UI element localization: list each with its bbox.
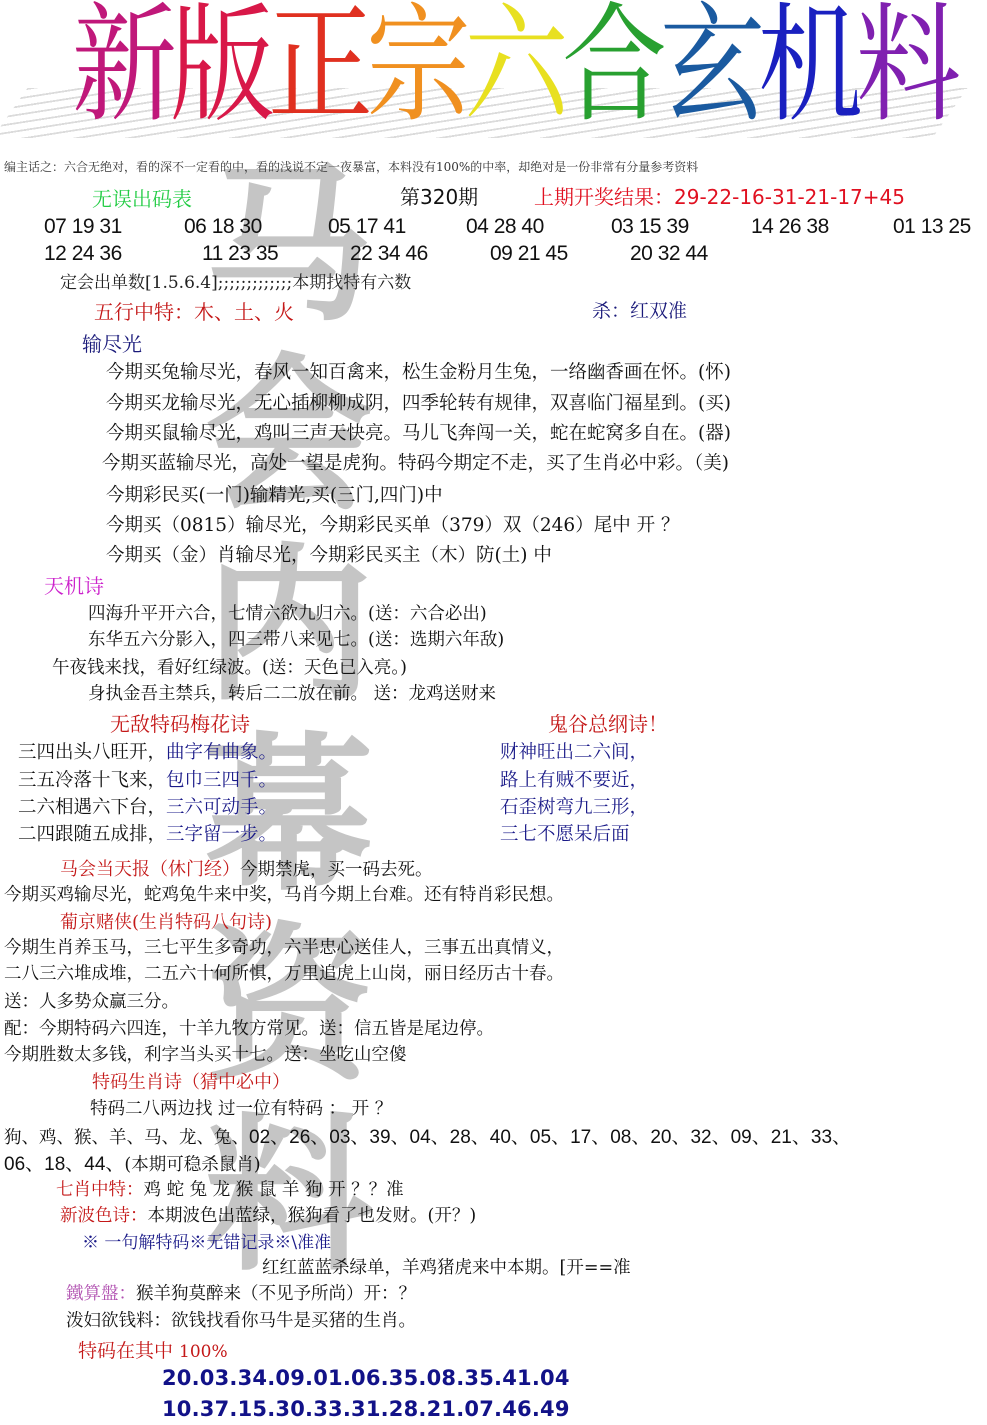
pujing-title: 葡京赌侠(生肖特码八句诗): [60, 908, 272, 934]
tianji-line: 四海升平开六合，七情六欲九归六。(送：六合必出): [88, 600, 487, 625]
lose-all-line: 今期彩民买(一门)输精光,买(三门,四门)中: [106, 481, 443, 507]
tianji-line: 身执金吾主禁兵，转后二二放在前。 送：龙鸡送财来: [88, 680, 496, 705]
pujing-line: 今期生肖养玉马，三七平生多奇功，六半忠心送佳人，三事五出真情义，: [4, 934, 564, 959]
title-char-1: 版: [170, 0, 275, 136]
wuxing-label: 五行中特：木、土、火: [94, 296, 294, 325]
mahui-line2: 今期买鸡输尽光，蛇鸡兔牛来中奖，马肖今期上台难。还有特肖彩民想。: [4, 881, 564, 906]
code-row1-6: 01 13 25: [893, 215, 971, 239]
code-row1-0: 07 19 31: [44, 215, 122, 239]
wave-poem-label: 新波色诗：: [60, 1206, 148, 1226]
code-row2-3: 09 21 45: [490, 242, 568, 266]
code-table-title: 无误出码表: [92, 183, 192, 212]
code-row2-4: 20 32 44: [630, 242, 708, 266]
lose-all-line: 今期买龙输尽光，无心插柳柳成阴，四季轮转有规律，双喜临门福星到。(买): [106, 389, 731, 415]
title-char-5: 合: [562, 0, 667, 136]
last-result-label: 上期开奖结果：: [534, 185, 674, 209]
guigu-poem-title: 鬼谷总纲诗！: [548, 708, 668, 737]
lose-all-line: 今期买（0815）输尽光，今期彩民买单（379）双（246）尾中 开 ？: [106, 511, 679, 537]
title-char-6: 玄: [660, 0, 765, 136]
tianji-line: 午夜钱来找，看好红绿波。(送：天色已入亮。): [52, 654, 407, 679]
title-banner: 新 版 正 宗 六 合 玄 机 料: [0, 0, 987, 150]
one-line-title: ※ 一句解特码※无错记录※\准准: [82, 1228, 331, 1253]
pujing-line: 配：今期特码六四连，十羊九牧方常见。送：信五皆是尾边停。: [4, 1015, 494, 1040]
guigu-poem-line: 路上有贼不要近，: [500, 766, 648, 792]
one-line-text: 红红蓝蓝杀绿单，羊鸡猪虎来中本期。[开==准: [262, 1254, 631, 1279]
plum-poem-line: 二六相遇六下台，三六可动手。: [18, 793, 277, 819]
wave-poem-line: 新波色诗：本期波色出蓝绿，猴狗看了也发财。(开？): [60, 1202, 476, 1227]
kill-label: 杀：红双准: [592, 296, 687, 323]
code-row2-2: 22 34 46: [350, 242, 428, 266]
pujing-line: 二八三六堆成堆，二五六十何所惧，万里追虎上山岗，丽日经历古十春。: [4, 960, 564, 985]
code-row2-1: 11 23 35: [202, 242, 278, 266]
shrew-line: 泼妇欲钱料：欲钱找看你马牛是买猪的生肖。: [66, 1307, 416, 1332]
code-row1-5: 14 26 38: [751, 215, 829, 239]
lose-all-title: 输尽光: [82, 328, 142, 357]
last-result: 上期开奖结果：29-22-16-31-21-17+45: [534, 181, 905, 210]
pujing-line: 送：人多势众赢三分。: [4, 988, 179, 1013]
plum-poem-title: 无敌特码梅花诗: [110, 708, 250, 737]
title-char-8: 料: [856, 0, 961, 136]
zodiac-numbers-line2: 06、18、44、(本期可稳杀鼠肖): [4, 1149, 261, 1176]
guigu-poem-line: 三七不愿呆后面: [500, 820, 630, 846]
last-result-numbers: 29-22-16-31-21-17+45: [674, 185, 905, 209]
code-row1-3: 04 28 40: [466, 215, 544, 239]
plum-poem-line: 三四出头八旺开，曲字有曲象。: [18, 738, 277, 764]
mahui-line: 马会当天报（休门经）今期禁虎，买一码去死。: [60, 855, 433, 881]
lose-all-line: 今期买兔输尽光，春风一知百禽来，松生金粉月生兔，一络幽香画在怀。(怀): [106, 358, 731, 384]
plum-poem-line: 三五冷落十飞来，包巾三四千。: [18, 766, 277, 792]
lose-all-line: 今期买鼠输尽光，鸡叫三声天快亮。马儿飞奔闯一关，蛇在蛇窝多自在。(器): [106, 419, 731, 445]
code-row1-2: 05 17 41: [328, 215, 406, 239]
odd-number-note: 定会出单数[1.5.6.4];;;;;;;;;;;;;本期找特有六数: [60, 268, 411, 293]
title-char-0: 新: [72, 0, 177, 136]
code-row1-1: 06 18 30: [184, 215, 262, 239]
code-row1-4: 03 15 39: [611, 215, 689, 239]
guigu-poem-line: 石歪树弯九三形，: [500, 793, 648, 819]
plum-poem-line: 二四跟随五成排，三字留一步。: [18, 820, 277, 846]
pujing-line: 今期胜数太多钱，利字当头买十七。送：坐吃山空傻: [4, 1041, 407, 1066]
final-numbers-row1: 20.03.34.09.01.06.35.08.35.41.04: [162, 1366, 570, 1390]
final-title: 特码在其中 100%: [78, 1336, 228, 1363]
mahui-title: 马会当天报（休门经）: [60, 859, 240, 880]
guigu-poem-line: 财神旺出二六间，: [500, 738, 648, 764]
issue-number: 第320期: [400, 181, 478, 210]
seven-zodiac-label: 七肖中特：: [56, 1180, 144, 1200]
lose-all-line: 今期买（金）肖输尽光，今期彩民买主（木）防(土) 中: [106, 541, 552, 567]
title-char-4: 六: [464, 0, 569, 136]
zodiac-poem-title: 特码生肖诗（猜中必中）: [92, 1068, 290, 1094]
mahui-text: 今期禁虎，买一码去死。: [240, 860, 433, 880]
tianji-title: 天机诗: [44, 570, 104, 599]
title-char-7: 机: [758, 0, 863, 136]
title-char-2: 正: [268, 0, 373, 136]
final-numbers-row2: 10.37.15.30.33.31.28.21.07.46.49: [162, 1397, 570, 1421]
editor-note: 编主话之：六合无绝对，看的深不一定看的中，看的浅说不定一夜暴富，本料没有100%…: [4, 158, 698, 175]
code-row2-0: 12 24 36: [44, 242, 122, 266]
tianji-line: 东华五六分影入，四三带八来见七。(送：选期六年敌): [88, 626, 504, 651]
lose-all-line: 今期买蓝输尽光，高处一望是虎狗。特码今期定不走，买了生肖必中彩。（美): [102, 449, 729, 475]
seven-zodiac-line: 七肖中特：鸡 蛇 兔 龙 猴 鼠 羊 狗 开 ？？准: [56, 1176, 404, 1201]
iron-abacus-line: 鐵算盤：猴羊狗莫醉来（不见予所尚）开：？: [66, 1280, 416, 1305]
zodiac-poem-line1: 特码二八两边找 过一位有特码 ： 开 ？: [90, 1095, 392, 1120]
title-char-3: 宗: [366, 0, 471, 136]
zodiac-numbers-line1: 狗、鸡、猴、羊、马、龙、兔、02、26、03、39、04、28、40、05、17…: [4, 1122, 851, 1149]
